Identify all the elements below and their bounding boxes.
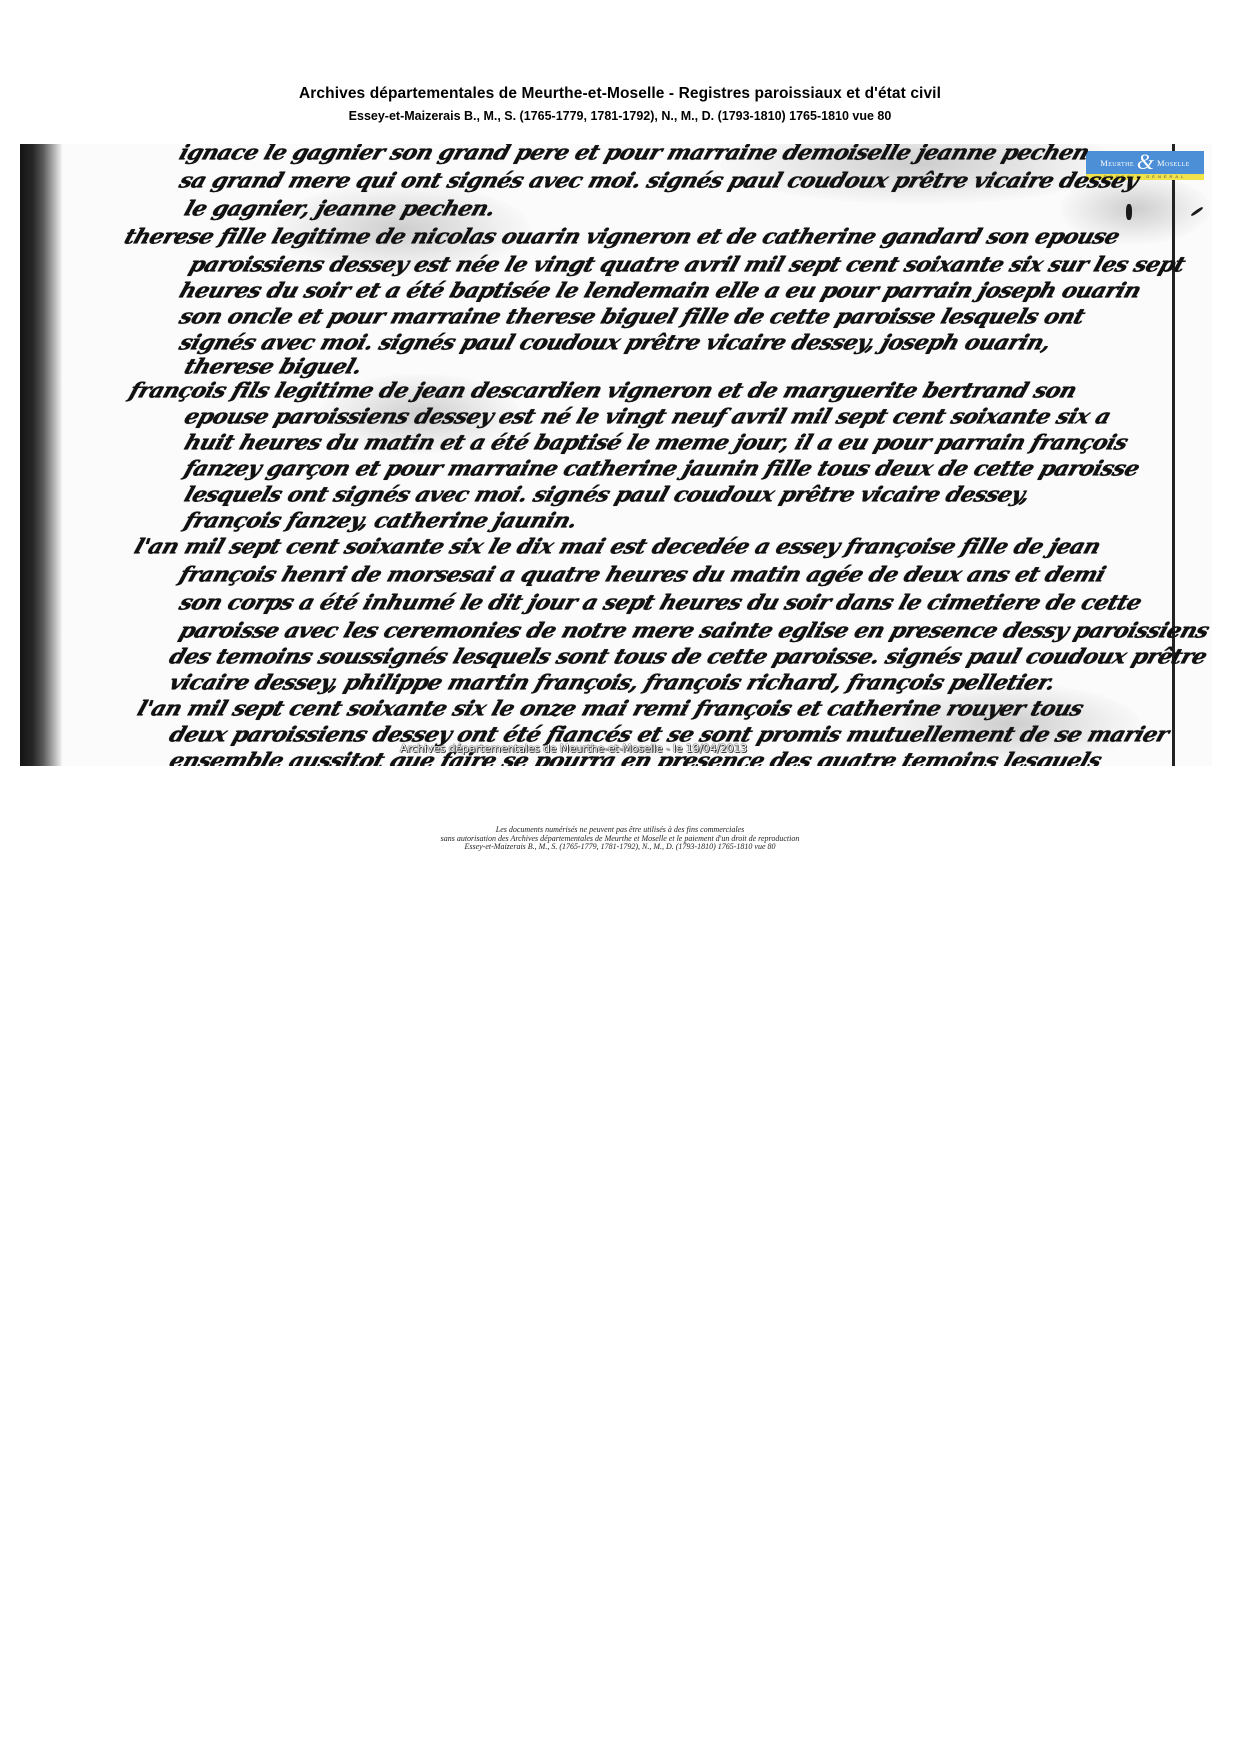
register-subtitle: Essey-et-Maizerais B., M., S. (1765-1779… xyxy=(0,106,1240,126)
manuscript-line: lesquels ont signés avec moi. signés pau… xyxy=(181,483,1033,508)
manuscript-line: le gagnier, jeanne pechen. xyxy=(181,197,498,222)
handwritten-register-text: ignace le gagnier son grand pere et pour… xyxy=(20,144,1212,766)
manuscript-line: paroisse avec les ceremonies de notre me… xyxy=(176,619,1212,644)
manuscript-line: heures du soir et a été baptisée le lend… xyxy=(176,279,1144,304)
manuscript-line: sa grand mere qui ont signés avec moi. s… xyxy=(176,169,1141,194)
manuscript-line: son corps a été inhumé le dit jour a sep… xyxy=(176,591,1145,616)
usage-notice-line: Essey-et-Maizerais B., M., S. (1765-1779… xyxy=(0,843,1240,852)
manuscript-line: therese fille legitime de nicolas ouarin… xyxy=(121,225,1123,250)
manuscript-line: des temoins soussignés lesquels sont tou… xyxy=(166,645,1210,670)
manuscript-line: l'an mil sept cent soixante six le onze … xyxy=(134,697,1086,722)
archive-watermark: Archives départementales de Meurthe-et-M… xyxy=(400,742,900,755)
manuscript-line: signés avec moi. signés paul coudoux prê… xyxy=(176,331,1054,356)
manuscript-line: fanzey garçon et pour marraine catherine… xyxy=(181,457,1142,482)
manuscript-line: huit heures du matin et a été baptisé le… xyxy=(181,431,1131,456)
manuscript-line: paroissiens dessey est née le vingt quat… xyxy=(186,253,1188,278)
manuscript-line: vicaire dessey, philippe martin françois… xyxy=(166,671,1058,696)
manuscript-line: françois fils legitime de jean descardie… xyxy=(126,379,1080,404)
manuscript-line: l'an mil sept cent soixante six le dix m… xyxy=(131,535,1103,560)
page-header: Archives départementales de Meurthe-et-M… xyxy=(0,84,1240,126)
manuscript-line: françois fanzey, catherine jaunin. xyxy=(181,509,580,534)
usage-notice-footer: Les documents numérisés ne peuvent pas ê… xyxy=(0,826,1240,852)
manuscript-line: ignace le gagnier son grand pere et pour… xyxy=(176,144,1092,165)
manuscript-scan-image: Meurthe & Moselle CONSEIL GÉNÉRAL ignace… xyxy=(20,144,1212,766)
manuscript-line: epouse paroissiens dessey est né le ving… xyxy=(181,405,1114,430)
archive-title: Archives départementales de Meurthe-et-M… xyxy=(0,84,1240,104)
manuscript-line: therese biguel. xyxy=(181,355,365,380)
manuscript-line: son oncle et pour marraine therese bigue… xyxy=(176,305,1088,330)
manuscript-line: françois henri de morsesai a quatre heur… xyxy=(176,563,1108,588)
